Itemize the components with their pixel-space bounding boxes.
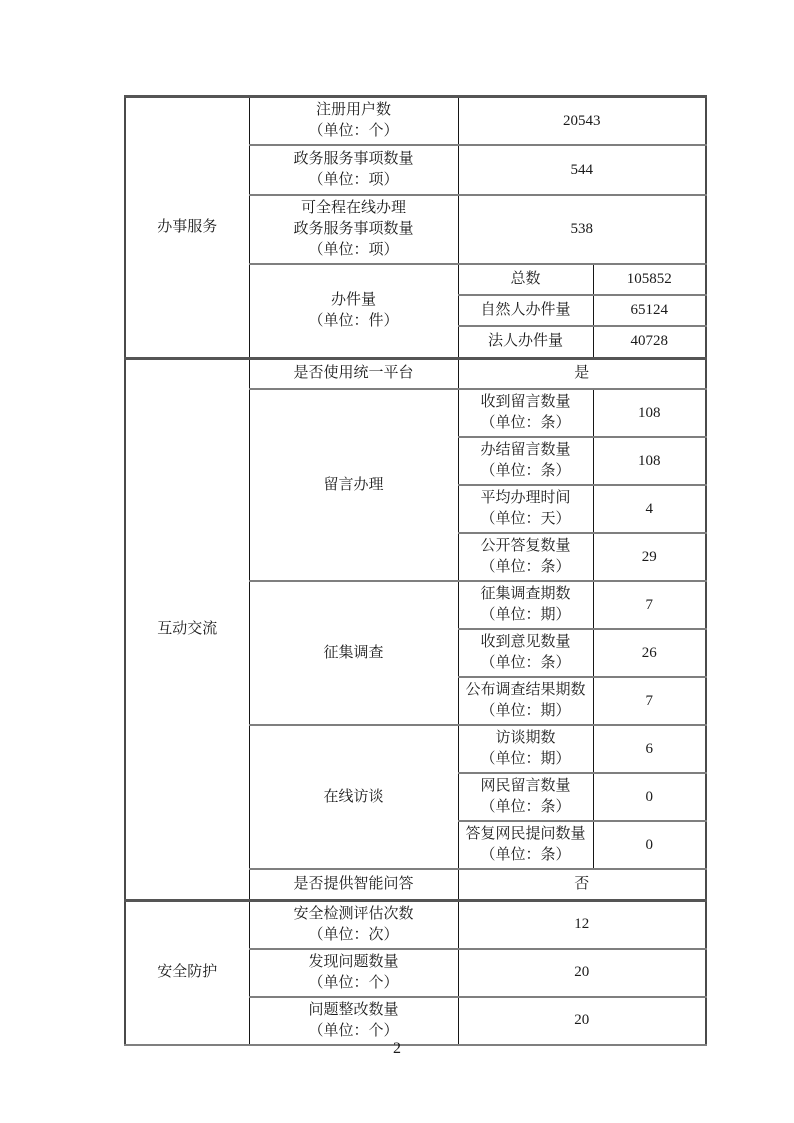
sub-item-label-cell: 自然人办件量 <box>458 295 593 326</box>
sub-item-value: 105852 <box>627 271 672 287</box>
item-value: 538 <box>571 221 594 237</box>
sub-item-label: 公开答复数量 <box>461 536 591 557</box>
sub-item-value: 29 <box>642 549 657 565</box>
sub-item-label: 网民留言数量 <box>461 776 591 797</box>
value-cell: 是 <box>458 358 706 389</box>
sub-item-value: 0 <box>646 837 654 853</box>
sub-item-label-cell: 收到留言数量 （单位：条） <box>458 389 593 437</box>
sub-item-unit: （单位：期） <box>461 605 591 626</box>
table-row: 办事服务 注册用户数 （单位：个） 20543 <box>125 97 706 146</box>
sub-item-value-cell: 108 <box>593 389 706 437</box>
sub-item-label-cell: 征集调查期数 （单位：期） <box>458 581 593 629</box>
sub-item-value-cell: 4 <box>593 485 706 533</box>
sub-item-value-cell: 65124 <box>593 295 706 326</box>
sub-item-label: 法人办件量 <box>488 333 563 349</box>
item-label-cell: 注册用户数 （单位：个） <box>249 97 458 146</box>
sub-item-label-cell: 网民留言数量 （单位：条） <box>458 773 593 821</box>
item-unit: （单位：项） <box>252 240 456 261</box>
group-cell-cases: 办件量 （单位：件） <box>249 264 458 358</box>
sub-item-value-cell: 26 <box>593 629 706 677</box>
sub-item-unit: （单位：条） <box>461 797 591 818</box>
table-row: 互动交流 是否使用统一平台 是 <box>125 358 706 389</box>
item-label-cell: 问题整改数量 （单位：个） <box>249 997 458 1045</box>
sub-item-label: 自然人办件量 <box>480 302 570 318</box>
category-cell-security: 安全防护 <box>125 900 249 1045</box>
sub-item-value-cell: 6 <box>593 725 706 773</box>
item-unit: （单位：项） <box>252 170 456 191</box>
sub-item-label: 征集调查期数 <box>461 584 591 605</box>
item-unit: （单位：次） <box>252 925 456 946</box>
item-label-line2: 政务服务事项数量 <box>252 219 456 240</box>
item-label-cell: 安全检测评估次数 （单位：次） <box>249 900 458 949</box>
item-value: 20543 <box>563 113 601 129</box>
sub-item-value: 0 <box>646 789 654 805</box>
group-cell-interview: 在线访谈 <box>249 725 458 869</box>
sub-item-label: 公布调查结果期数 <box>461 680 591 701</box>
value-cell: 544 <box>458 145 706 195</box>
item-label-cell: 政务服务事项数量 （单位：项） <box>249 145 458 195</box>
item-value: 20 <box>574 964 589 980</box>
group-label: 征集调查 <box>323 645 383 661</box>
sub-item-unit: （单位：期） <box>461 749 591 770</box>
sub-item-value: 7 <box>646 597 654 613</box>
sub-item-value-cell: 7 <box>593 677 706 725</box>
category-cell-interaction: 互动交流 <box>125 358 249 900</box>
sub-item-value-cell: 29 <box>593 533 706 581</box>
sub-item-value-cell: 105852 <box>593 264 706 295</box>
item-label-cell: 可全程在线办理 政务服务事项数量 （单位：项） <box>249 195 458 264</box>
sub-item-label-cell: 总数 <box>458 264 593 295</box>
sub-item-label-cell: 办结留言数量 （单位：条） <box>458 437 593 485</box>
value-cell: 20 <box>458 997 706 1045</box>
item-label: 安全检测评估次数 <box>252 904 456 925</box>
sub-item-unit: （单位：条） <box>461 845 591 866</box>
item-value: 12 <box>574 916 589 932</box>
item-label-cell: 发现问题数量 （单位：个） <box>249 949 458 997</box>
sub-item-value: 40728 <box>631 333 669 349</box>
item-label: 是否提供智能问答 <box>293 876 413 892</box>
statistics-table: 办事服务 注册用户数 （单位：个） 20543 政务服务事项数量 （单位：项） … <box>124 95 707 1046</box>
item-label-cell: 是否使用统一平台 <box>249 358 458 389</box>
sub-item-unit: （单位：期） <box>461 701 591 722</box>
item-value: 否 <box>574 876 589 892</box>
item-value: 20 <box>574 1012 589 1028</box>
sub-item-value-cell: 0 <box>593 773 706 821</box>
value-cell: 12 <box>458 900 706 949</box>
sub-item-label: 平均办理时间 <box>461 488 591 509</box>
category-label: 办事服务 <box>128 217 247 238</box>
sub-item-value-cell: 40728 <box>593 326 706 358</box>
sub-item-label-cell: 法人办件量 <box>458 326 593 358</box>
group-cell-message-handling: 留言办理 <box>249 389 458 581</box>
value-cell: 20 <box>458 949 706 997</box>
sub-item-value: 108 <box>638 453 661 469</box>
value-cell: 538 <box>458 195 706 264</box>
category-label: 安全防护 <box>128 962 247 983</box>
sub-item-label: 收到留言数量 <box>461 392 591 413</box>
sub-item-value-cell: 7 <box>593 581 706 629</box>
item-value: 是 <box>574 365 589 381</box>
item-label: 是否使用统一平台 <box>293 365 413 381</box>
group-label: 在线访谈 <box>323 789 383 805</box>
category-label: 互动交流 <box>128 619 247 640</box>
sub-item-value: 26 <box>642 645 657 661</box>
group-label: 办件量 <box>252 290 456 311</box>
document-page: 办事服务 注册用户数 （单位：个） 20543 政务服务事项数量 （单位：项） … <box>0 0 794 1123</box>
sub-item-label: 总数 <box>510 271 540 287</box>
item-label: 发现问题数量 <box>252 952 456 973</box>
sub-item-unit: （单位：条） <box>461 653 591 674</box>
page-number: 2 <box>0 1040 794 1058</box>
item-label: 政务服务事项数量 <box>252 149 456 170</box>
item-label-cell: 是否提供智能问答 <box>249 869 458 900</box>
sub-item-label: 答复网民提问数量 <box>461 824 591 845</box>
sub-item-label-cell: 公布调查结果期数 （单位：期） <box>458 677 593 725</box>
sub-item-value-cell: 108 <box>593 437 706 485</box>
sub-item-value-cell: 0 <box>593 821 706 869</box>
sub-item-label: 收到意见数量 <box>461 632 591 653</box>
item-label: 可全程在线办理 <box>252 198 456 219</box>
sub-item-unit: （单位：条） <box>461 461 591 482</box>
sub-item-value: 6 <box>646 741 654 757</box>
sub-item-label-cell: 平均办理时间 （单位：天） <box>458 485 593 533</box>
sub-item-unit: （单位：条） <box>461 413 591 434</box>
item-unit: （单位：个） <box>252 973 456 994</box>
item-value: 544 <box>571 162 594 178</box>
group-unit: （单位：件） <box>252 311 456 332</box>
value-cell: 否 <box>458 869 706 900</box>
sub-item-label: 办结留言数量 <box>461 440 591 461</box>
item-label: 注册用户数 <box>252 100 456 121</box>
category-cell-service: 办事服务 <box>125 97 249 359</box>
item-unit: （单位：个） <box>252 1021 456 1042</box>
table-row: 安全防护 安全检测评估次数 （单位：次） 12 <box>125 900 706 949</box>
sub-item-value: 108 <box>638 405 661 421</box>
sub-item-value: 7 <box>646 693 654 709</box>
sub-item-label-cell: 答复网民提问数量 （单位：条） <box>458 821 593 869</box>
item-unit: （单位：个） <box>252 121 456 142</box>
sub-item-label-cell: 公开答复数量 （单位：条） <box>458 533 593 581</box>
sub-item-value: 4 <box>646 501 654 517</box>
item-label: 问题整改数量 <box>252 1000 456 1021</box>
sub-item-label: 访谈期数 <box>461 728 591 749</box>
group-cell-survey: 征集调查 <box>249 581 458 725</box>
sub-item-label-cell: 收到意见数量 （单位：条） <box>458 629 593 677</box>
sub-item-unit: （单位：天） <box>461 509 591 530</box>
sub-item-value: 65124 <box>631 302 669 318</box>
group-label: 留言办理 <box>323 477 383 493</box>
value-cell: 20543 <box>458 97 706 146</box>
sub-item-unit: （单位：条） <box>461 557 591 578</box>
sub-item-label-cell: 访谈期数 （单位：期） <box>458 725 593 773</box>
